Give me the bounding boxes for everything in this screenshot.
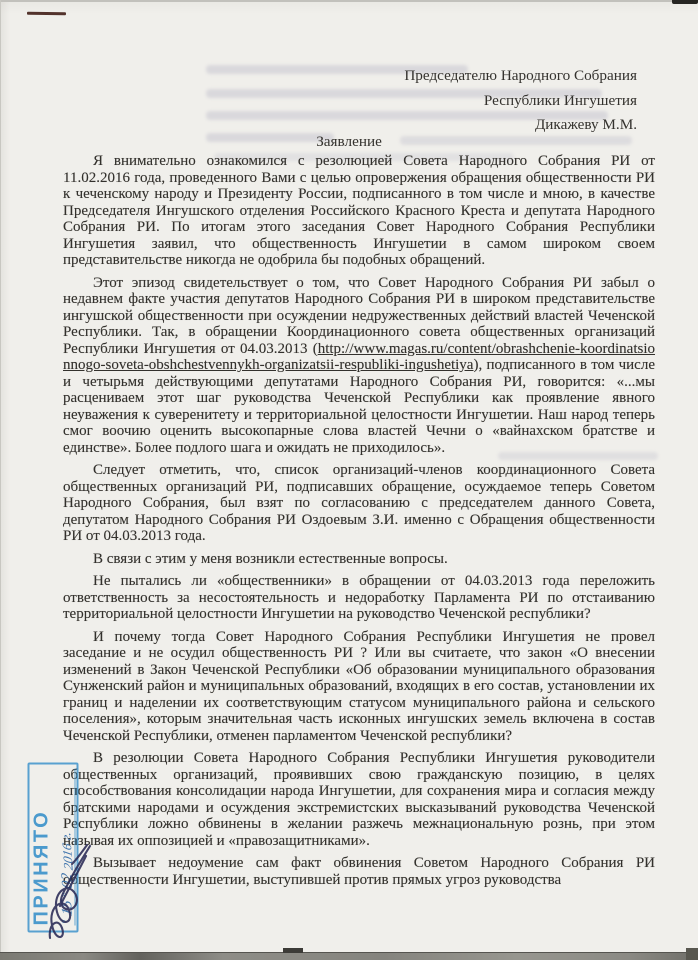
letter-body: Я внимательно ознакомился с резолюцией С… — [63, 153, 655, 894]
paragraph-8: Вызывает недоумение сам факт обвинения С… — [63, 855, 655, 888]
stamp-open-quote: " — [60, 919, 74, 923]
document-title: Заявление — [0, 133, 698, 151]
paragraph-4: В связи с этим у меня возникли естествен… — [63, 551, 655, 568]
stamp-day-handwritten: 15 — [59, 899, 74, 917]
scan-mark-dash — [27, 12, 66, 15]
recipient-line: Республики Ингушетия — [0, 89, 637, 114]
paragraph-5: Не пытались ли «общественники» в обращен… — [63, 573, 655, 623]
recipient-line: Председателю Народного Собрания — [0, 64, 637, 89]
acceptance-stamp: ПРИНЯТО " 15 " 02 2016 г. — [27, 762, 78, 932]
scanned-letter-page: Председателю Народного Собрания Республи… — [0, 0, 698, 960]
paragraph-6: И почему тогда Совет Народного Собрания … — [63, 629, 655, 745]
stamp-year-handwritten: 2016 г. — [59, 830, 76, 870]
paragraph-7: В резолюции Совета Народного Собрания Ре… — [63, 750, 655, 849]
stamp-close-quote: " — [60, 892, 74, 896]
scan-left-edge — [0, 0, 1, 960]
scan-top-edge — [0, 0, 698, 2]
stamp-date: " 15 " 02 2016 г. — [52, 768, 75, 925]
scan-bottom-edge — [0, 952, 698, 960]
scan-bottom-mark — [283, 948, 303, 953]
stamp-label: ПРИНЯТО — [30, 768, 52, 925]
recipient-block: Председателю Народного Собрания Республи… — [0, 64, 637, 138]
scan-corner-mark — [672, 0, 698, 4]
stamp-month-handwritten: 02 — [59, 871, 74, 889]
paragraph-2: Этот эпизод свидетельствует о том, что С… — [63, 275, 655, 457]
paragraph-3: Следует отметить, что, список организаци… — [63, 462, 655, 545]
scan-bottom-corner — [686, 948, 698, 960]
paragraph-1: Я внимательно ознакомился с резолюцией С… — [63, 153, 655, 269]
